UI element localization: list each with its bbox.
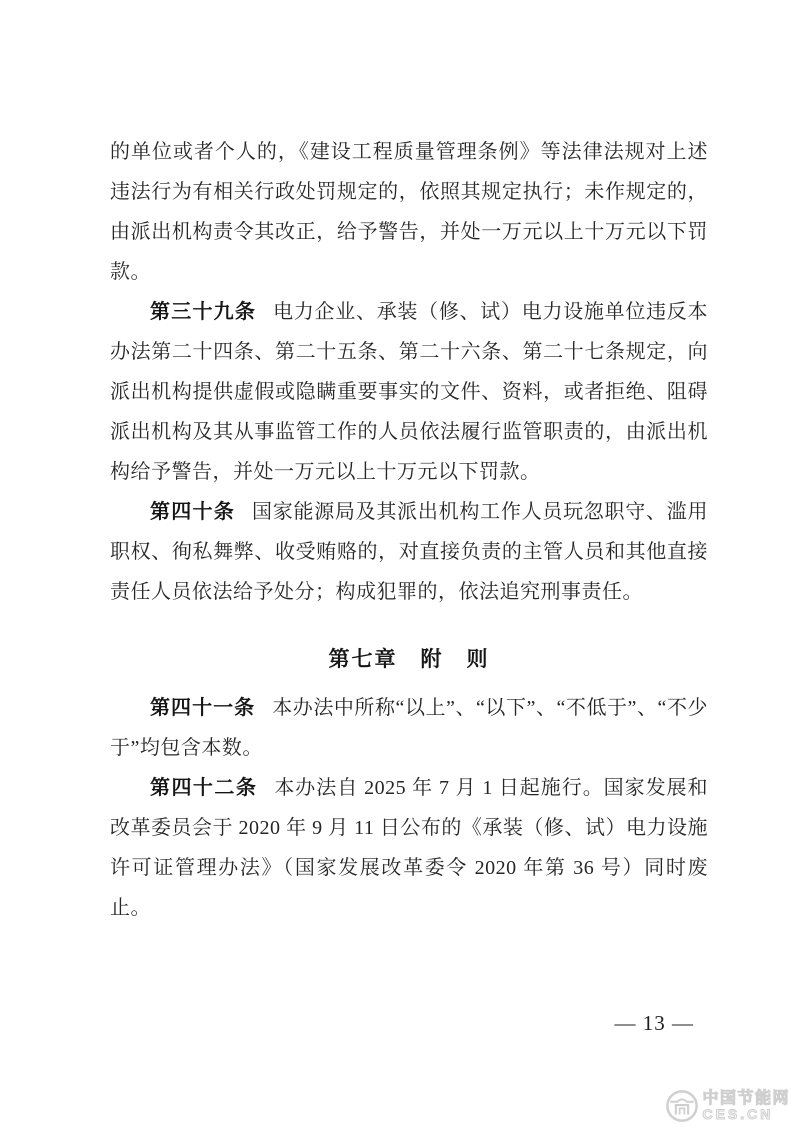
article-41-label: 第四十一条 <box>150 697 255 719</box>
ces-logo-icon <box>665 1089 699 1123</box>
paragraph-text: 的单位或者个人的，《建设工程质量管理条例》等法律法规对上述违法行为有相关行政处罚… <box>110 141 708 283</box>
chapter-heading: 第七章 附 则 <box>110 640 708 680</box>
watermark-text: 中国节能网 CES.CN <box>702 1091 790 1122</box>
article-39-label: 第三十九条 <box>150 301 256 323</box>
page-number: — 13 — <box>615 1008 695 1038</box>
article-40-label: 第四十条 <box>150 501 235 523</box>
paragraph-article-42: 第四十二条本办法自 2025 年 7 月 1 日起施行。国家发展和改革委员会于 … <box>110 768 708 928</box>
document-content: 的单位或者个人的，《建设工程质量管理条例》等法律法规对上述违法行为有相关行政处罚… <box>110 132 708 928</box>
watermark: 中国节能网 CES.CN <box>665 1089 790 1123</box>
paragraph-continuation: 的单位或者个人的，《建设工程质量管理条例》等法律法规对上述违法行为有相关行政处罚… <box>110 132 708 292</box>
paragraph-article-40: 第四十条国家能源局及其派出机构工作人员玩忽职守、滥用职权、徇私舞弊、收受贿赂的，… <box>110 492 708 612</box>
article-42-label: 第四十二条 <box>150 777 257 799</box>
watermark-site-name: 中国节能网 <box>702 1091 790 1107</box>
paragraph-article-39: 第三十九条电力企业、承装（修、试）电力设施单位违反本办法第二十四条、第二十五条、… <box>110 292 708 492</box>
document-page: 的单位或者个人的，《建设工程质量管理条例》等法律法规对上述违法行为有相关行政处罚… <box>0 0 800 1131</box>
paragraph-text: 电力企业、承装（修、试）电力设施单位违反本办法第二十四条、第二十五条、第二十六条… <box>110 301 708 483</box>
watermark-site-domain: CES.CN <box>702 1107 790 1122</box>
paragraph-article-41: 第四十一条本办法中所称“以上”、“以下”、“不低于”、“不少于”均包含本数。 <box>110 688 708 768</box>
